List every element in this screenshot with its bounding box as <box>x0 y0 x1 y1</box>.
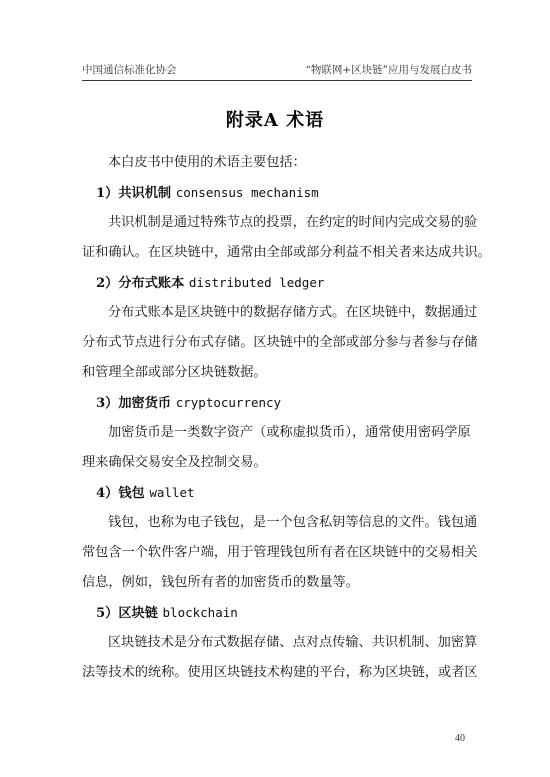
term-body-line: 常包含一个软件客户端，用于管理钱包所有者在区块链中的交易相关 <box>82 538 472 568</box>
term-heading-wallet: 4）钱包 wallet <box>82 478 472 508</box>
term-english: blockchain <box>163 605 238 620</box>
term-heading-distributed-ledger: 2）分布式账本 distributed ledger <box>82 268 472 298</box>
term-body-line: 分布式账本是区块链中的数据存储方式。在区块链中，数据通过 <box>82 298 472 328</box>
term-label: 5）区块链 <box>96 606 158 621</box>
term-body-line: 钱包，也称为电子钱包，是一个包含私钥等信息的文件。钱包通 <box>82 508 472 538</box>
page-header: 中国通信标准化协会 “物联网+区块链”应用与发展白皮书 <box>82 62 472 81</box>
term-english: distributed ledger <box>189 275 324 290</box>
term-label: 3）加密货币 <box>96 396 171 411</box>
document-body: 本白皮书中使用的术语主要包括： 1）共识机制 consensus mechani… <box>82 148 472 688</box>
term-label: 4）钱包 <box>96 486 145 501</box>
intro-paragraph: 本白皮书中使用的术语主要包括： <box>82 148 472 178</box>
term-label: 2）分布式账本 <box>96 276 184 291</box>
term-body-line: 和管理全部或部分区块链数据。 <box>82 358 472 388</box>
term-body-line: 加密货币是一类数字资产（或称虚拟货币），通常使用密码学原 <box>82 418 472 448</box>
term-body-line: 共识机制是通过特殊节点的投票，在约定的时间内完成交易的验 <box>82 208 472 238</box>
header-document-title: “物联网+区块链”应用与发展白皮书 <box>305 62 472 77</box>
page-number: 40 <box>455 733 465 744</box>
term-body-line: 分布式节点进行分布式存储。区块链中的全部或部分参与者参与存储 <box>82 328 472 358</box>
term-english: consensus mechanism <box>176 185 319 200</box>
term-body-line: 区块链技术是分布式数据存储、点对点传输、共识机制、加密算 <box>82 628 472 658</box>
term-heading-consensus: 1）共识机制 consensus mechanism <box>82 178 472 208</box>
term-body-line: 信息，例如，钱包所有者的加密货币的数量等。 <box>82 568 472 598</box>
term-heading-blockchain: 5）区块链 blockchain <box>82 598 472 628</box>
term-label: 1）共识机制 <box>96 186 171 201</box>
document-page: 中国通信标准化协会 “物联网+区块链”应用与发展白皮书 附录A 术语 本白皮书中… <box>0 0 550 777</box>
term-body-line: 法等技术的统称。使用区块链技术构建的平台，称为区块链，或者区 <box>82 658 472 688</box>
term-heading-cryptocurrency: 3）加密货币 cryptocurrency <box>82 388 472 418</box>
term-english: cryptocurrency <box>176 395 281 410</box>
term-body-line: 证和确认。在区块链中，通常由全部或部分利益不相关者来达成共识。 <box>82 238 472 268</box>
term-english: wallet <box>149 485 194 500</box>
header-organization: 中国通信标准化协会 <box>82 62 177 77</box>
appendix-title: 附录A 术语 <box>0 106 550 132</box>
term-body-line: 理来确保交易安全及控制交易。 <box>82 448 472 478</box>
